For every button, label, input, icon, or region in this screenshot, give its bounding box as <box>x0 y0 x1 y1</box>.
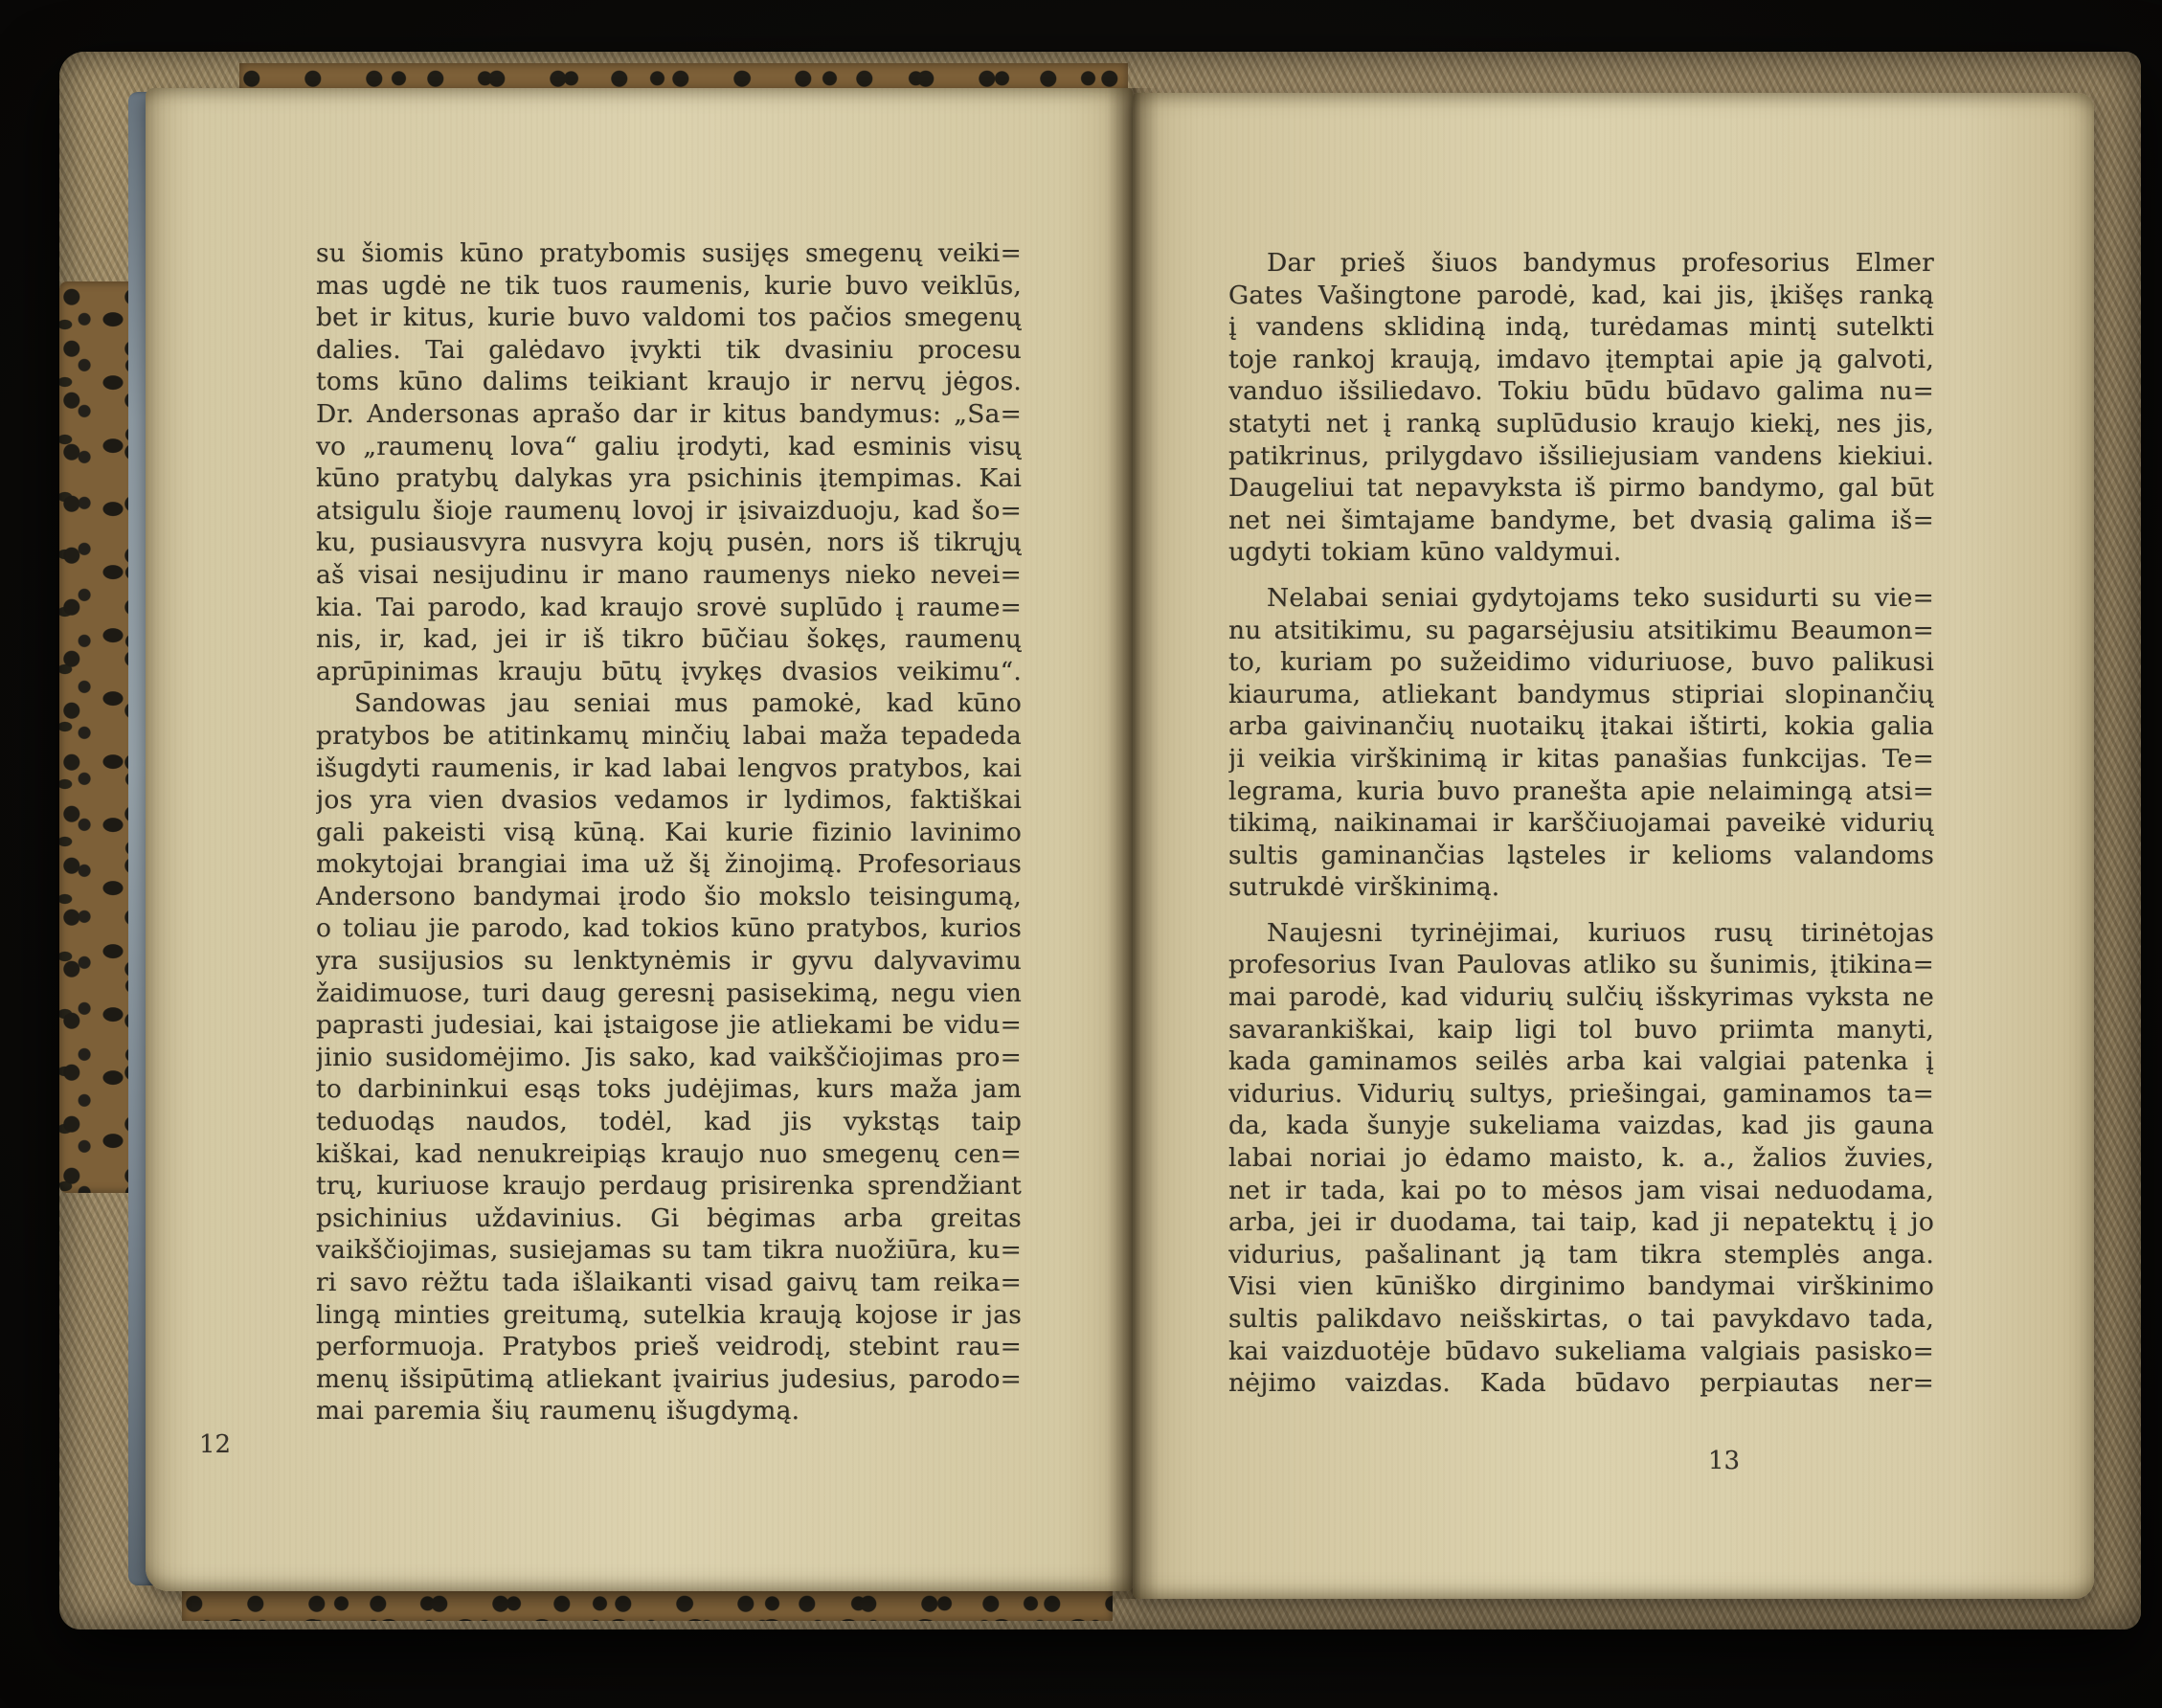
text-line: trų, kuriuose kraujo perdaug prisirenka … <box>316 1170 1022 1202</box>
text-line: kada gaminamos seilės arba kai valgiai p… <box>1228 1045 1934 1078</box>
text-line: nėjimo vaizdas. Kada būdavo perpiautas n… <box>1228 1367 1934 1400</box>
text-line: statyti net į ranką suplūdusio kraujo ki… <box>1228 408 1934 440</box>
page-right: Dar prieš šiuos bandymus profesorius Elm… <box>1133 93 2094 1599</box>
marbled-paper-edge-bottom <box>182 1588 1113 1621</box>
text-line: sutrukdė virškinimą. <box>1228 871 1934 904</box>
text-line: Daugeliui tat nepavyksta iš pirmo bandym… <box>1228 472 1934 505</box>
text-line: vidurius. Vidurių sultys, priešingai, ga… <box>1228 1078 1934 1111</box>
text-line: mai paremia šių raumenų išugdymą. <box>316 1395 1022 1427</box>
text-line: aprūpinimas krauju būtų įvykęs dvasios v… <box>316 656 1022 688</box>
text-line: į vandens sklidiną indą, turėdamas mintį… <box>1228 311 1934 344</box>
text-line: bet ir kitus, kurie buvo valdomi tos pač… <box>316 302 1022 334</box>
text-line: Naujesni tyrinėjimai, kuriuos rusų tirin… <box>1228 917 1934 950</box>
text-line: mas ugdė ne tik tuos raumenis, kurie buv… <box>316 270 1022 303</box>
text-line: dalies. Tai galėdavo įvykti tik dvasiniu… <box>316 334 1022 367</box>
text-line: žaidimuose, turi daug geresnį pasisekimą… <box>316 978 1022 1010</box>
text-line: tikimą, naikinamai ir karščiuojamai pave… <box>1228 807 1934 840</box>
text-line: ri savo rėžtu tada išlaikanti visad gaiv… <box>316 1267 1022 1299</box>
text-line: vaikščiojimas, susiejamas su tam tikra n… <box>316 1234 1022 1267</box>
text-line: menų išsipūtimą atliekant įvairius judes… <box>316 1363 1022 1396</box>
text-line: net nei šimtajame bandyme, bet dvasią ga… <box>1228 505 1934 537</box>
text-line: psichinius uždavinius. Gi bėgimas arba g… <box>316 1202 1022 1235</box>
text-line: kia. Tai parodo, kad kraujo srovė suplūd… <box>316 592 1022 624</box>
text-line: su šiomis kūno pratybomis susijęs smegen… <box>316 237 1022 270</box>
book-scan: su šiomis kūno pratybomis susijęs smegen… <box>0 0 2162 1708</box>
text-line: Sandowas jau seniai mus pamokė, kad kūno <box>316 687 1022 720</box>
text-line: mokytojai brangiai ima už šį žinojimą. P… <box>316 848 1022 881</box>
text-line: ku, pusiausvyra nusvyra kojų pusėn, nors… <box>316 527 1022 559</box>
text-line: aš visai nesijudinu ir mano raumenys nie… <box>316 559 1022 592</box>
text-line: Gates Vašingtone parodė, kad, kai jis, į… <box>1228 280 1934 312</box>
text-line: savarankiškai, kaip ligi tol buvo priimt… <box>1228 1014 1934 1046</box>
text-line: ugdyti tokiam kūno valdymui. <box>1228 536 1934 569</box>
text-line: profesorius Ivan Paulovas atliko su šuni… <box>1228 949 1934 981</box>
text-line: lingą minties greitumą, sutelkia kraują … <box>316 1299 1022 1332</box>
text-line: patikrinus, prilygdavo išsiliejusiam van… <box>1228 440 1934 473</box>
text-line: išugdyti raumenis, ir kad labai lengvos … <box>316 753 1022 785</box>
text-line: arba gaivinančių nuotaikų įtakai ištirti… <box>1228 710 1934 743</box>
page-number-left: 12 <box>199 1430 231 1459</box>
text-line: jinio susidomėjimo. Jis sako, kad vaikšč… <box>316 1042 1022 1074</box>
text-line: vidurius, pašalinant ją tam tikra stempl… <box>1228 1239 1934 1271</box>
page-text-left: su šiomis kūno pratybomis susijęs smegen… <box>316 237 1022 1427</box>
text-line: da, kada šunyje sukeliama vaizdas, kad j… <box>1228 1110 1934 1142</box>
text-line: vanduo išsiliedavo. Tokiu būdu būdavo ga… <box>1228 375 1934 408</box>
text-line: o toliau jie parodo, kad tokios kūno pra… <box>316 912 1022 945</box>
text-line: sultis palikdavo neišskirtas, o tai pavy… <box>1228 1303 1934 1336</box>
text-line: labai noriai jo ėdamo maisto, k. a., žal… <box>1228 1142 1934 1175</box>
text-line: Dr. Andersonas aprašo dar ir kitus bandy… <box>316 398 1022 431</box>
text-line: teduodąs naudos, todėl, kad jis vykstąs … <box>316 1106 1022 1138</box>
text-line: jos yra vien dvasios vedamos ir lydimos,… <box>316 784 1022 817</box>
text-line: toms kūno dalims teikiant kraujo ir nerv… <box>316 366 1022 398</box>
text-line: kiauruma, atliekant bandymus stipriai sl… <box>1228 679 1934 711</box>
text-line: Andersono bandymai įrodo šio mokslo teis… <box>316 881 1022 913</box>
text-line: kūno pratybų dalykas yra psichinis įtemp… <box>316 462 1022 495</box>
text-line: kai vaizduotėje būdavo sukeliama valgiai… <box>1228 1336 1934 1368</box>
text-line: sultis gaminančias ląsteles ir kelioms v… <box>1228 840 1934 872</box>
text-line: arba, jei ir duodama, tai taip, kad ji n… <box>1228 1206 1934 1239</box>
text-line: yra susijusios su lenktynėmis ir gyvu da… <box>316 945 1022 978</box>
text-line: Visi vien kūniško dirginimo bandymai vir… <box>1228 1270 1934 1303</box>
text-line: to darbininkui esąs toks judėjimas, kurs… <box>316 1073 1022 1106</box>
text-line: mai parodė, kad vidurių sulčių išskyrima… <box>1228 981 1934 1014</box>
text-line: gali pakeisti visą kūną. Kai kurie fizin… <box>316 817 1022 849</box>
text-line: paprasti judesiai, kai įstaigose jie atl… <box>316 1009 1022 1042</box>
text-line: atsigulu šioje raumenų lovoj ir įsivaizd… <box>316 495 1022 528</box>
text-line: pratybos be atitinkamų minčių labai maža… <box>316 720 1022 753</box>
page-left: su šiomis kūno pratybomis susijęs smegen… <box>146 88 1133 1591</box>
text-line: net ir tada, kai po to mėsos jam visai n… <box>1228 1175 1934 1207</box>
page-number-right: 13 <box>1708 1447 1740 1475</box>
text-line: toje rankoj kraują, imdavo įtemptai apie… <box>1228 344 1934 376</box>
text-line: Nelabai seniai gydytojams teko susidurti… <box>1228 582 1934 615</box>
text-line: kiškai, kad nenukreipiąs kraujo nuo smeg… <box>316 1138 1022 1171</box>
text-line: legrama, kuria buvo pranešta apie nelaim… <box>1228 775 1934 808</box>
text-line: Dar prieš šiuos bandymus profesorius Elm… <box>1228 247 1934 280</box>
page-text-right: Dar prieš šiuos bandymus profesorius Elm… <box>1228 247 1934 1400</box>
text-line: ji veikia virškinimą ir kitas panašias f… <box>1228 743 1934 775</box>
text-line: performuoja. Pratybos prieš veidrodį, st… <box>316 1331 1022 1363</box>
text-line: nis, ir, kad, jei ir iš tikro būčiau šok… <box>316 623 1022 656</box>
text-line: to, kuriam po sužeidimo viduriuose, buvo… <box>1228 646 1934 679</box>
text-line: nu atsitikimu, su pagarsėjusiu atsitikim… <box>1228 615 1934 647</box>
text-line: vo „raumenų lova“ galiu įrodyti, kad esm… <box>316 431 1022 463</box>
